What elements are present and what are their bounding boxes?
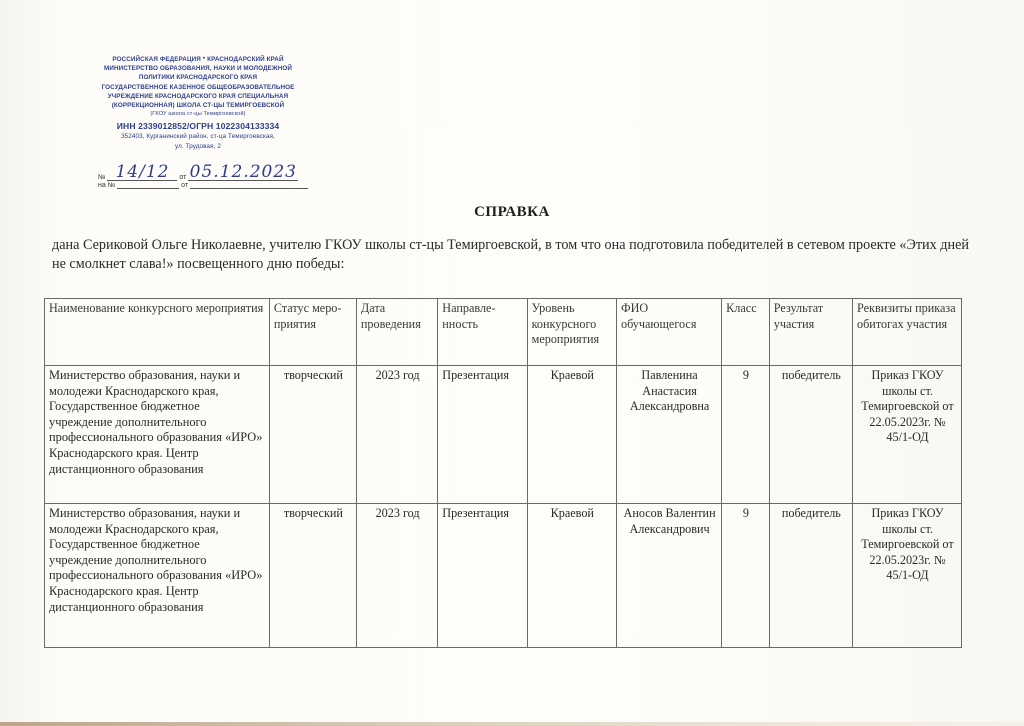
reg-date-field: 05.12.2023 [188,160,298,181]
header-order: Реквизиты приказа обитогах участия [853,299,962,366]
reg-date-handwritten: 05.12.2023 [190,162,297,182]
header-student: ФИО обучающегося [616,299,721,366]
stamp-address-2: ул. Трудовая, 2 [88,142,308,151]
reply-date-field [190,188,308,189]
stamp-inn-ogrn: ИНН 2339012852/ОГРН 1022304133334 [88,121,308,132]
cell-student: Павленина Анастасия Александровна [616,366,721,504]
reg-number-handwritten: 14/12 [115,162,169,182]
cell-status: творческий [269,504,356,648]
reg-number-field: 14/12 [107,160,177,181]
cell-direction: Презентация [438,504,527,648]
table-row: Министерство образования, науки и молоде… [45,504,962,648]
stamp-line: (КОРРЕКЦИОННАЯ) ШКОЛА СТ-ЦЫ ТЕМИРГОЕВСКО… [88,101,308,110]
cell-event: Министерство образования, науки и молоде… [45,366,270,504]
stamp-line: РОССИЙСКАЯ ФЕДЕРАЦИЯ * КРАСНОДАРСКИЙ КРА… [88,55,308,64]
cell-date: 2023 год [356,366,437,504]
reg-number-label: № [98,174,106,181]
cell-student: Аносов Валентин Александрович [616,504,721,648]
winners-table: Наименование конкурсного мероприятия Ста… [44,298,962,648]
stamp-address-1: 352403, Курганинский район, ст-ца Темирг… [88,132,308,141]
header-result: Результат участия [769,299,852,366]
header-grade: Класс [722,299,770,366]
paper-bottom-edge [0,722,1024,726]
reply-date-label: от [181,182,188,189]
cell-event: Министерство образования, науки и молоде… [45,504,270,648]
reply-number-label: на № [98,182,115,189]
cell-grade: 9 [722,366,770,504]
stamp-short-name: (ГКОУ школа ст-цы Темиргоевской) [88,110,308,119]
cell-grade: 9 [722,504,770,648]
cell-level: Краевой [527,504,616,648]
stamp-line: ГОСУДАРСТВЕННОЕ КАЗЕННОЕ ОБЩЕОБРАЗОВАТЕЛ… [88,83,308,92]
document-intro: дана Сериковой Ольге Николаевне, учителю… [52,236,972,274]
header-event: Наименование конкурсного мероприятия [45,299,270,366]
table-row: Министерство образования, науки и молоде… [45,366,962,504]
stamp-line: ПОЛИТИКИ КРАСНОДАРСКОГО КРАЯ [88,73,308,82]
cell-status: творческий [269,366,356,504]
stamp-line: МИНИСТЕРСТВО ОБРАЗОВАНИЯ, НАУКИ И МОЛОДЕ… [88,64,308,73]
document-title: СПРАВКА [0,204,1024,221]
table-header-row: Наименование конкурсного мероприятия Ста… [45,299,962,366]
header-date: Дата проведения [356,299,437,366]
cell-order: Приказ ГКОУ школы ст. Темиргоевской от 2… [853,366,962,504]
cell-result: победитель [769,504,852,648]
school-stamp: РОССИЙСКАЯ ФЕДЕРАЦИЯ * КРАСНОДАРСКИЙ КРА… [88,55,308,151]
header-direction: Направле-нность [438,299,527,366]
cell-result: победитель [769,366,852,504]
reply-number-field [117,188,179,189]
cell-level: Краевой [527,366,616,504]
reg-date-label: от [179,174,186,181]
cell-date: 2023 год [356,504,437,648]
header-status: Статус меро-приятия [269,299,356,366]
reply-reference-line: на № от [98,182,308,189]
header-level: Уровень конкурсного мероприятия [527,299,616,366]
stamp-line: УЧРЕЖДЕНИЕ КРАСНОДАРСКОГО КРАЯ СПЕЦИАЛЬН… [88,92,308,101]
cell-order: Приказ ГКОУ школы ст. Темиргоевской от 2… [853,504,962,648]
cell-direction: Презентация [438,366,527,504]
registration-number-line: № 14/12 от 05.12.2023 [98,160,298,181]
